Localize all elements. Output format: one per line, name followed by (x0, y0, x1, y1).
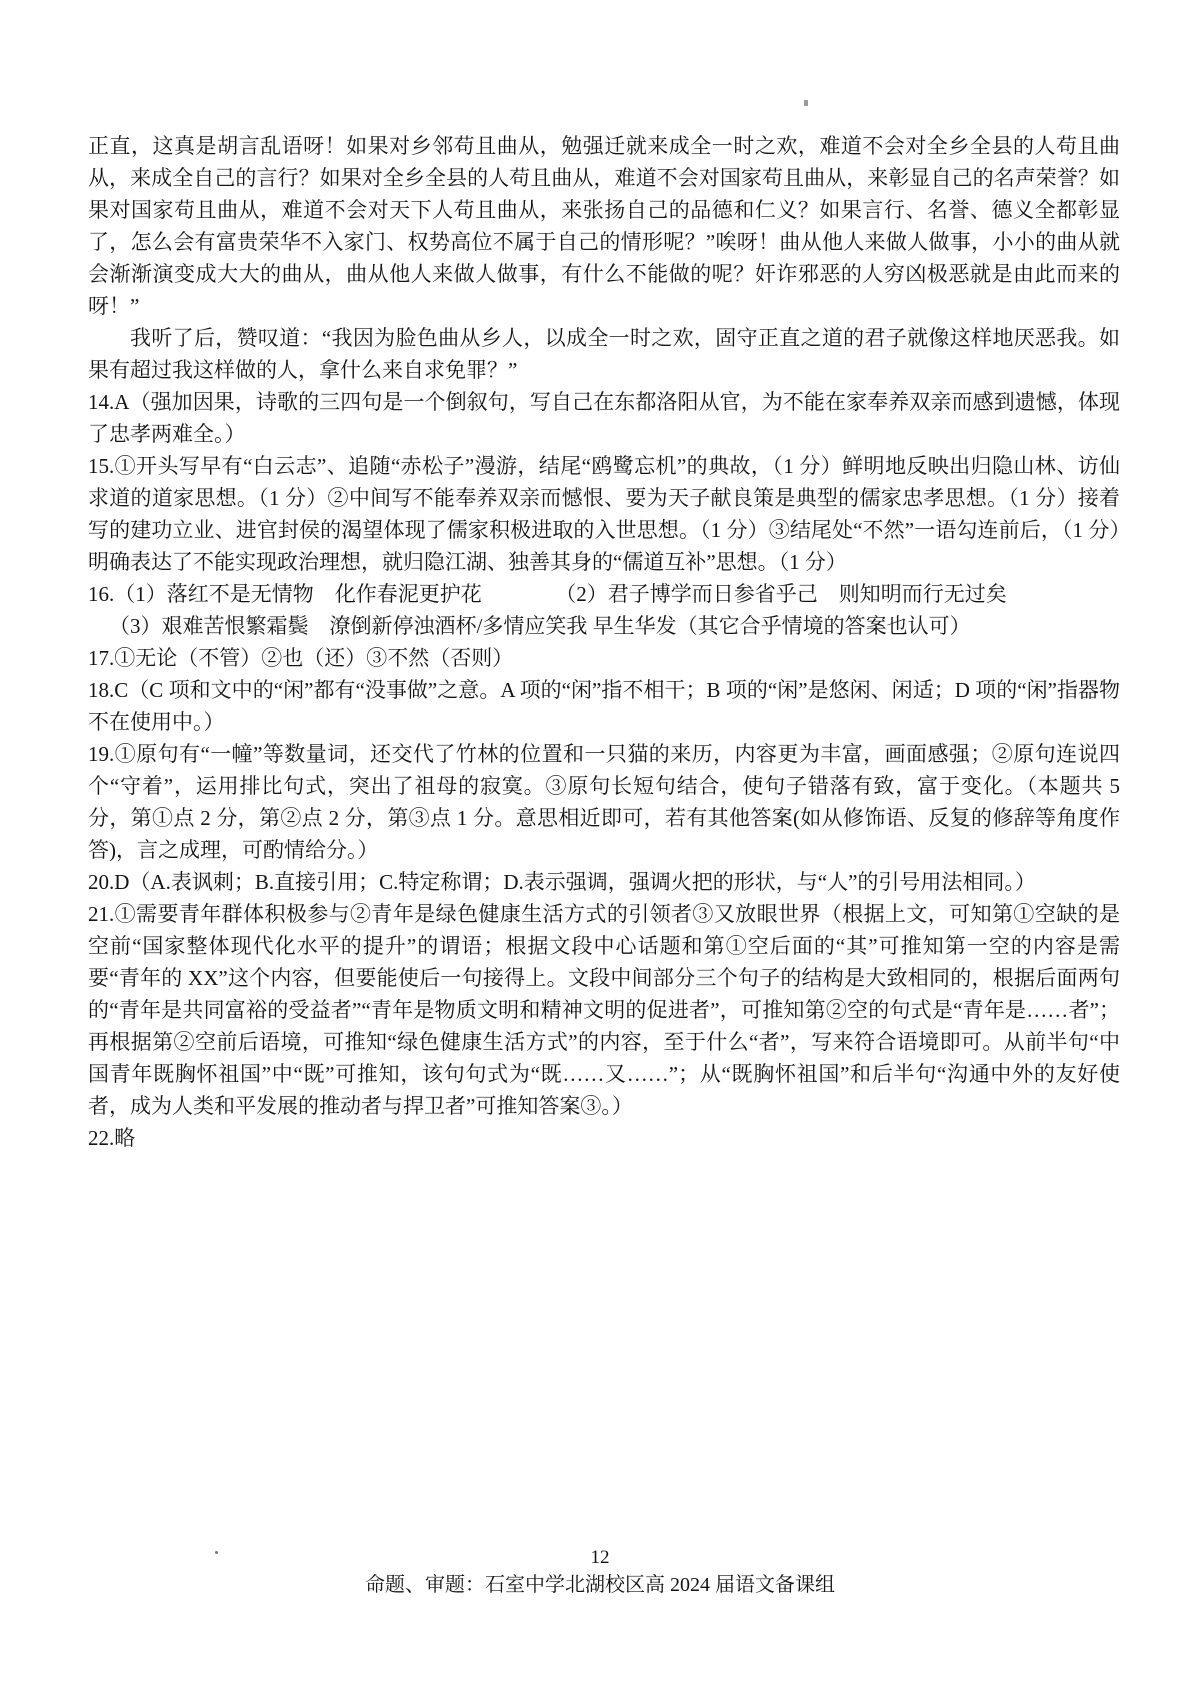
translated-passage-para-2: 我听了后，赞叹道：“我因为脸色曲从乡人，以成全一时之欢，固守正直之道的君子就像这… (88, 322, 1120, 386)
answer-item-18: 18.C（C 项和文中的“闲”都有“没事做”之意。A 项的“闲”指不相干；B 项… (88, 674, 1120, 738)
scan-speck-top (804, 100, 808, 106)
translated-passage-para-1: 正直，这真是胡言乱语呀！如果对乡邻苟且曲从，勉强迁就来成全一时之欢，难道不会对全… (88, 130, 1120, 322)
answer-item-16-line-2: （3）艰难苦恨繁霜鬓 潦倒新停浊酒杯/多情应笑我 早生华发（其它合乎情境的答案也… (88, 610, 1120, 642)
document-page: 正直，这真是胡言乱语呀！如果对乡邻苟且曲从，勉强迁就来成全一时之欢，难道不会对全… (0, 0, 1200, 1698)
answer-item-14: 14.A（强加因果，诗歌的三四句是一个倒叙句，写自己在东都洛阳从官，为不能在家奉… (88, 386, 1120, 450)
answer-item-16-line-1: 16.（1）落红不是无情物 化作春泥更护花 （2）君子博学而日参省乎己 则知明而… (88, 578, 1120, 610)
page-number: 12 (0, 1546, 1200, 1570)
answer-key-text-block: 正直，这真是胡言乱语呀！如果对乡邻苟且曲从，勉强迁就来成全一时之欢，难道不会对全… (88, 130, 1120, 1154)
answer-item-22: 22.略 (88, 1122, 1120, 1154)
scan-speck-bottom (215, 1551, 218, 1554)
answer-item-17: 17.①无论（不管）②也（还）③不然（否则） (88, 642, 1120, 674)
answer-item-20: 20.D（A.表讽刺；B.直接引用；C.特定称谓；D.表示强调，强调火把的形状，… (88, 866, 1120, 898)
answer-item-15: 15.①开头写早有“白云志”、追随“赤松子”漫游，结尾“鸥鹭忘机”的典故，（1 … (88, 450, 1120, 578)
answer-item-21: 21.①需要青年群体积极参与②青年是绿色健康生活方式的引领者③又放眼世界（根据上… (88, 898, 1120, 1122)
answer-item-19: 19.①原句有“一幢”等数量词，还交代了竹林的位置和一只猫的来历，内容更为丰富，… (88, 738, 1120, 866)
footer-credit: 命题、审题：石室中学北湖校区高 2024 届语文备课组 (0, 1572, 1200, 1598)
